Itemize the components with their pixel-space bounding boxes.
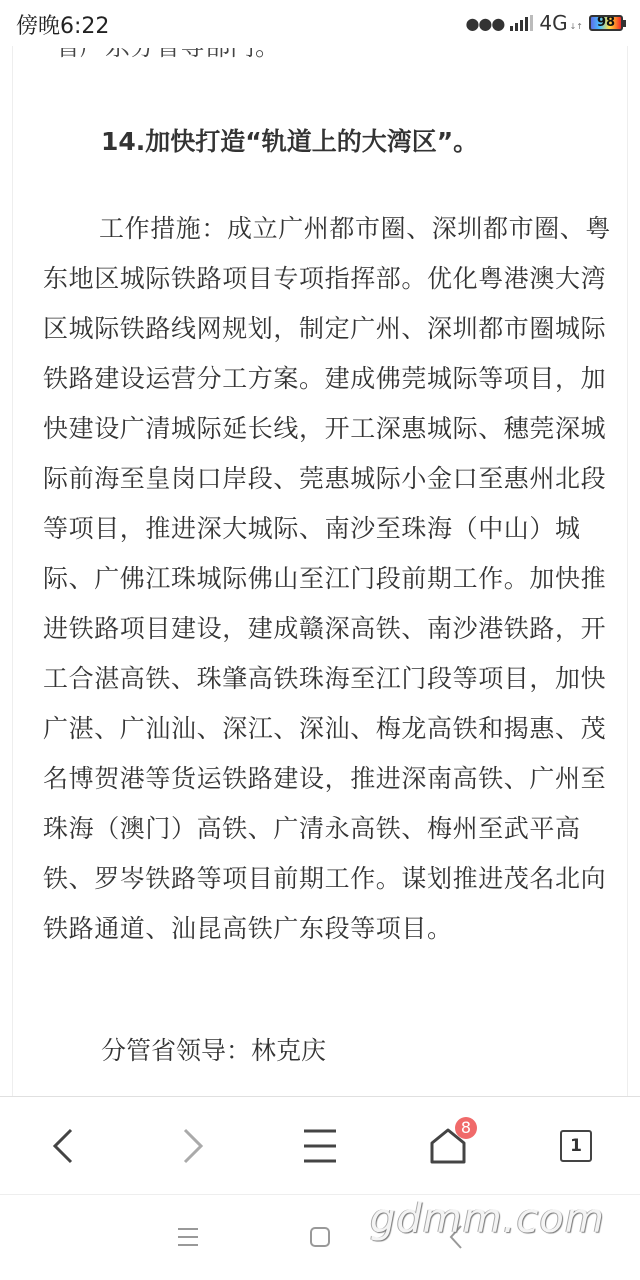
status-icons: ●●● 4G ↓↑ 98 — [465, 11, 626, 35]
menu-button[interactable] — [295, 1121, 345, 1171]
chevron-right-icon — [181, 1126, 205, 1166]
battery-level: 98 — [591, 15, 621, 30]
home-nav-button[interactable] — [300, 1217, 340, 1257]
watermark: gdmm.com — [370, 1196, 605, 1242]
article-partial-top-line: 省广东分省等部门。 — [55, 48, 280, 66]
tabs-button[interactable]: 1 — [551, 1121, 601, 1171]
network-type: 4G — [539, 11, 567, 35]
section-heading: 14.加快打造“轨道上的大湾区”。 — [101, 122, 478, 158]
back-button[interactable] — [38, 1121, 88, 1171]
recents-icon — [177, 1226, 199, 1248]
article-card: 省广东分省等部门。 14.加快打造“轨道上的大湾区”。 工作措施：成立广州都市圈… — [12, 30, 628, 1100]
more-notifications-icon: ●●● — [465, 14, 504, 33]
signal-strength-icon — [510, 15, 533, 31]
tab-count: 1 — [560, 1130, 592, 1162]
forward-button[interactable] — [168, 1121, 218, 1171]
chevron-left-icon — [51, 1126, 75, 1166]
battery-icon: 98 — [589, 15, 626, 31]
notification-badge: 8 — [455, 1117, 477, 1139]
data-activity-icon: ↓↑ — [570, 22, 583, 31]
leader-line: 分管省领导：林克庆 — [101, 1031, 326, 1067]
status-bar: 傍晚6:22 ●●● 4G ↓↑ 98 — [0, 0, 640, 46]
recent-apps-button[interactable] — [168, 1217, 208, 1257]
article-paragraph: 工作措施：成立广州都市圈、深圳都市圈、粤东地区城际铁路项目专项指挥部。优化粤港澳… — [43, 204, 629, 954]
menu-icon — [302, 1128, 338, 1164]
status-time: 傍晚6:22 — [16, 9, 109, 40]
square-home-icon — [309, 1226, 331, 1248]
browser-toolbar: 1 — [0, 1096, 640, 1194]
